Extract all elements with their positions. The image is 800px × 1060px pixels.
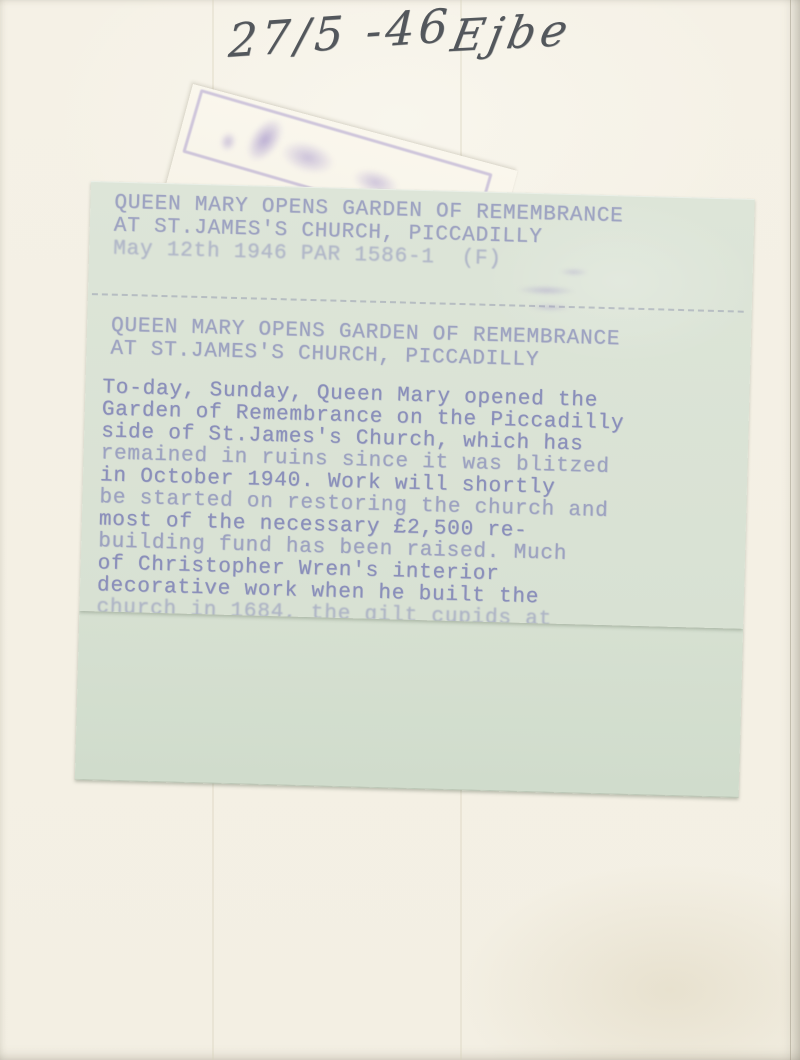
caption-body-block: To-day, Sunday, Queen Mary opened the Ga… (96, 377, 625, 628)
caption-heading-block: QUEEN MARY OPENS GARDEN OF REMEMBRANCE A… (113, 192, 624, 275)
blank-green-sheet (75, 611, 743, 798)
handwritten-date: 27/5 -46 (227, 0, 452, 68)
handwritten-signature: Ejbe (447, 5, 577, 63)
stamp-smudge (218, 130, 239, 154)
green-paper-stack: QUEEN MARY OPENS GARDEN OF REMEMBRANCE A… (75, 181, 755, 798)
scanned-caption-card: 27/5 -46 Ejbe QUEEN MARY OPENS GARDEN OF… (0, 0, 800, 1060)
scan-edge-line (790, 0, 791, 1060)
ink-offset-smudge (516, 285, 576, 297)
typed-caption-slip: QUEEN MARY OPENS GARDEN OF REMEMBRANCE A… (79, 181, 754, 629)
ink-offset-smudge (528, 303, 572, 312)
perforation-dashed-line (92, 293, 744, 313)
stamp-smudge (278, 136, 338, 180)
caption-heading-repeat-block: QUEEN MARY OPENS GARDEN OF REMEMBRANCE A… (110, 315, 620, 375)
ink-offset-smudge (559, 268, 589, 277)
